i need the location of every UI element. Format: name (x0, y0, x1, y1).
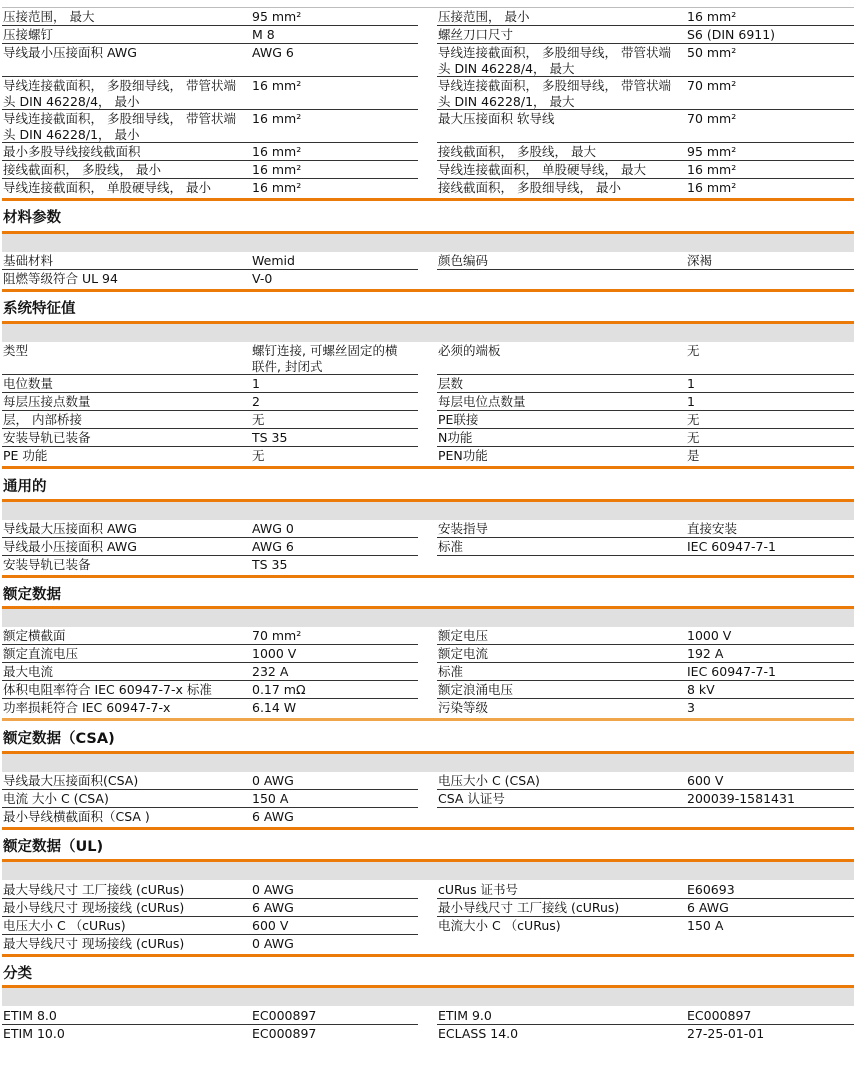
spec-value: 150 A (687, 918, 723, 934)
spec-label: 安装导轨已装备 (3, 430, 91, 446)
spec-label: PEN功能 (438, 448, 488, 464)
section-header-band (2, 324, 854, 342)
spec-value: 600 V (252, 918, 288, 934)
spec-row: 接线截面积， 多股线， 最小16 mm² (2, 161, 418, 179)
spec-value: 70 mm² (687, 78, 736, 94)
spec-label: 最小多股导线接线截面积 (3, 144, 141, 160)
spec-label: 污染等级 (438, 700, 488, 716)
section-title-classification: 分类 (3, 964, 32, 984)
spec-value: 95 mm² (252, 9, 301, 25)
spec-row: 体积电阻率符合 IEC 60947-7-x 标准0.17 mΩ (2, 681, 418, 699)
spec-row: 安装指导直接安装 (437, 520, 854, 538)
spec-row: 导线最小压接面积 AWGAWG 6 (2, 44, 418, 77)
spec-value: 0 AWG (252, 882, 294, 898)
spec-label: 电流 大小 C (CSA) (3, 791, 109, 807)
section-divider (2, 575, 854, 578)
spec-value: 16 mm² (252, 144, 301, 160)
spec-value: 16 mm² (687, 162, 736, 178)
spec-row: 最小导线尺寸 现场接线 (cURus)6 AWG (2, 899, 418, 917)
spec-label: 安装导轨已装备 (3, 557, 91, 573)
section-title-system: 系统特征值 (3, 299, 76, 319)
spec-row: 标准IEC 60947-7-1 (437, 538, 854, 556)
spec-value: S6 (DIN 6911) (687, 27, 775, 43)
spec-label: 导线连接截面积， 多股细导线， 带管状端 头 DIN 46228/1， 最大 (438, 78, 671, 110)
spec-value: 0.17 mΩ (252, 682, 306, 698)
spec-row: 导线连接截面积， 单股硬导线， 最小16 mm² (2, 179, 418, 197)
spec-value: 16 mm² (687, 9, 736, 25)
section-title-rated-csa: 额定数据（CSA) (3, 729, 115, 749)
spec-label: 颜色编码 (438, 253, 488, 269)
spec-value: 1 (252, 376, 260, 392)
section-title-general: 通用的 (3, 477, 47, 497)
spec-label: 标准 (438, 664, 463, 680)
spec-value: Wemid (252, 253, 295, 269)
spec-label: 标准 (438, 539, 463, 555)
spec-row: 电流 大小 C (CSA)150 A (2, 790, 418, 808)
spec-row: ETIM 8.0EC000897 (2, 1007, 418, 1025)
spec-label: 压接范围， 最大 (3, 9, 94, 25)
spec-row: 最大压接面积 软导线70 mm² (437, 110, 854, 143)
spec-label: 导线连接截面积， 单股硬导线， 最大 (438, 162, 646, 178)
spec-label: 接线截面积， 多股线， 最小 (3, 162, 161, 178)
spec-row: ECLASS 14.027-25-01-01 (437, 1025, 854, 1043)
spec-row: 功率损耗符合 IEC 60947-7-x6.14 W (2, 699, 418, 717)
spec-label: 额定横截面 (3, 628, 66, 644)
section-header-band (2, 502, 854, 520)
spec-label: CSA 认证号 (438, 791, 505, 807)
spec-label: 导线连接截面积， 单股硬导线， 最小 (3, 180, 211, 196)
section-divider (2, 289, 854, 292)
spec-label: 接线截面积， 多股细导线， 最小 (438, 180, 621, 196)
spec-row: 额定直流电压1000 V (2, 645, 418, 663)
spec-row: 导线连接截面积， 多股细导线， 带管状端 头 DIN 46228/1， 最大70… (437, 77, 854, 110)
spec-row: 安装导轨已装备TS 35 (2, 556, 418, 574)
spec-row: ETIM 10.0EC000897 (2, 1025, 418, 1043)
spec-label: 功率损耗符合 IEC 60947-7-x (3, 700, 170, 716)
spec-value: 无 (687, 412, 700, 428)
spec-label: 额定浪涌电压 (438, 682, 513, 698)
section-title-rated: 额定数据 (3, 585, 61, 605)
spec-value: EC000897 (252, 1026, 316, 1042)
spec-value: 16 mm² (687, 180, 736, 196)
spec-value: 1 (687, 394, 695, 410)
spec-row: 电压大小 C （cURus)600 V (2, 917, 418, 935)
spec-label: 层， 内部桥接 (3, 412, 82, 428)
spec-label: 体积电阻率符合 IEC 60947-7-x 标准 (3, 682, 212, 698)
spec-label: 层数 (438, 376, 463, 392)
spec-row: 导线连接截面积， 多股细导线， 带管状端 头 DIN 46228/1， 最小16… (2, 110, 418, 143)
spec-row: PEN功能是 (437, 447, 854, 465)
spec-label: 导线连接截面积， 多股细导线， 带管状端 头 DIN 46228/1， 最小 (3, 111, 236, 143)
spec-row: 层， 内部桥接无 (2, 411, 418, 429)
spec-label: 导线连接截面积， 多股细导线， 带管状端 头 DIN 46228/4， 最小 (3, 78, 236, 110)
spec-label: ETIM 8.0 (3, 1008, 57, 1024)
spec-row: 导线最大压接面积 AWGAWG 0 (2, 520, 418, 538)
spec-value: 1000 V (252, 646, 296, 662)
section-header-band (2, 234, 854, 252)
spec-label: 导线最小压接面积 AWG (3, 45, 137, 61)
section-divider (2, 954, 854, 957)
spec-row: 每层电位点数量1 (437, 393, 854, 411)
spec-row: 最大导线尺寸 现场接线 (cURus)0 AWG (2, 935, 418, 953)
spec-value: EC000897 (252, 1008, 316, 1024)
section-title-rated-ul: 额定数据（UL) (3, 837, 103, 857)
spec-row: cURus 证书号E60693 (437, 881, 854, 899)
spec-label: ETIM 9.0 (438, 1008, 492, 1024)
spec-label: 最小导线横截面积（CSA ) (3, 809, 150, 825)
spec-value: 6.14 W (252, 700, 296, 716)
spec-label: 最大导线尺寸 工厂接线 (cURus) (3, 882, 184, 898)
spec-label: 每层电位点数量 (438, 394, 526, 410)
spec-value: 直接安装 (687, 521, 737, 537)
spec-row: 颜色编码深褐 (437, 252, 854, 270)
spec-row: 额定浪涌电压8 kV (437, 681, 854, 699)
spec-label: 安装指导 (438, 521, 488, 537)
spec-value: 深褐 (687, 253, 712, 269)
spec-row: CSA 认证号200039-1581431 (437, 790, 854, 808)
spec-row: 阻燃等级符合 UL 94V-0 (2, 270, 418, 288)
spec-row: 压接范围， 最小16 mm² (437, 8, 854, 26)
spec-label: 最大压接面积 软导线 (438, 111, 554, 127)
spec-row: ETIM 9.0EC000897 (437, 1007, 854, 1025)
spec-value: 1 (687, 376, 695, 392)
spec-value: E60693 (687, 882, 735, 898)
section-divider (2, 466, 854, 469)
spec-value: 2 (252, 394, 260, 410)
spec-row: 基础材料Wemid (2, 252, 418, 270)
spec-label: cURus 证书号 (438, 882, 518, 898)
spec-row: 接线截面积， 多股细导线， 最小16 mm² (437, 179, 854, 197)
spec-value: IEC 60947-7-1 (687, 664, 776, 680)
spec-value: 无 (252, 412, 265, 428)
spec-label: 压接螺钉 (3, 27, 53, 43)
spec-row: 每层压接点数量2 (2, 393, 418, 411)
spec-label: 额定直流电压 (3, 646, 78, 662)
spec-label: 螺丝刀口尺寸 (438, 27, 513, 43)
spec-value: 是 (687, 448, 700, 464)
spec-row: 导线连接截面积， 多股细导线， 带管状端 头 DIN 46228/4， 最小16… (2, 77, 418, 110)
spec-value: M 8 (252, 27, 275, 43)
spec-row: 额定横截面70 mm² (2, 627, 418, 645)
spec-row: 安装导轨已装备TS 35 (2, 429, 418, 447)
spec-row: 额定电流192 A (437, 645, 854, 663)
spec-label: PE联接 (438, 412, 478, 428)
spec-value: 6 AWG (252, 809, 294, 825)
section-divider (2, 718, 854, 721)
spec-label: 基础材料 (3, 253, 53, 269)
spec-label: 电压大小 C (CSA) (438, 773, 540, 789)
spec-label: 类型 (3, 343, 28, 359)
spec-row: 标准IEC 60947-7-1 (437, 663, 854, 681)
spec-label: 导线最小压接面积 AWG (3, 539, 137, 555)
spec-label: 最小导线尺寸 现场接线 (cURus) (3, 900, 184, 916)
spec-label: 压接范围， 最小 (438, 9, 529, 25)
spec-label: 导线最大压接面积(CSA) (3, 773, 138, 789)
spec-value: 0 AWG (252, 773, 294, 789)
spec-row: 压接螺钉M 8 (2, 26, 418, 44)
spec-value: EC000897 (687, 1008, 751, 1024)
spec-value: 27-25-01-01 (687, 1026, 764, 1042)
spec-row: 导线连接截面积， 多股细导线， 带管状端 头 DIN 46228/4， 最大50… (437, 44, 854, 77)
spec-row: 最大电流232 A (2, 663, 418, 681)
spec-row: PE 功能无 (2, 447, 418, 465)
spec-value: 无 (687, 430, 700, 446)
spec-value: 150 A (252, 791, 288, 807)
spec-label: 最大电流 (3, 664, 53, 680)
spec-value: 50 mm² (687, 45, 736, 61)
section-header-band (2, 988, 854, 1006)
spec-row: N功能无 (437, 429, 854, 447)
spec-value: 0 AWG (252, 936, 294, 952)
spec-label: 接线截面积， 多股线， 最大 (438, 144, 596, 160)
spec-label: 电位数量 (3, 376, 53, 392)
spec-value: IEC 60947-7-1 (687, 539, 776, 555)
spec-label: 每层压接点数量 (3, 394, 91, 410)
spec-value: 70 mm² (252, 628, 301, 644)
spec-label: 导线最大压接面积 AWG (3, 521, 137, 537)
spec-label: 最小导线尺寸 工厂接线 (cURus) (438, 900, 619, 916)
spec-value: 无 (687, 343, 700, 359)
spec-value: 95 mm² (687, 144, 736, 160)
spec-label: N功能 (438, 430, 472, 446)
spec-row: 导线连接截面积， 单股硬导线， 最大16 mm² (437, 161, 854, 179)
spec-label: 最大导线尺寸 现场接线 (cURus) (3, 936, 184, 952)
spec-row: 导线最大压接面积(CSA)0 AWG (2, 772, 418, 790)
spec-row: 最小导线尺寸 工厂接线 (cURus)6 AWG (437, 899, 854, 917)
spec-value: 600 V (687, 773, 723, 789)
spec-value: 16 mm² (252, 180, 301, 196)
spec-value: 192 A (687, 646, 723, 662)
spec-value: 232 A (252, 664, 288, 680)
spec-value: 8 kV (687, 682, 715, 698)
spec-value: 螺钉连接, 可螺丝固定的横 联件, 封闭式 (252, 343, 397, 375)
section-divider (2, 198, 854, 201)
spec-value: 1000 V (687, 628, 731, 644)
spec-label: 电压大小 C （cURus) (3, 918, 126, 934)
spec-label: ETIM 10.0 (3, 1026, 65, 1042)
spec-value: AWG 0 (252, 521, 294, 537)
spec-value: 6 AWG (687, 900, 729, 916)
spec-row: 螺丝刀口尺寸S6 (DIN 6911) (437, 26, 854, 44)
spec-value: TS 35 (252, 430, 287, 446)
section-header-band (2, 754, 854, 772)
spec-row: 接线截面积， 多股线， 最大95 mm² (437, 143, 854, 161)
spec-value: AWG 6 (252, 45, 294, 61)
spec-value: 6 AWG (252, 900, 294, 916)
section-divider (2, 827, 854, 830)
spec-label: 额定电压 (438, 628, 488, 644)
spec-value: 200039-1581431 (687, 791, 795, 807)
spec-row: 类型螺钉连接, 可螺丝固定的横 联件, 封闭式 (2, 342, 418, 375)
spec-label: 电流大小 C （cURus) (438, 918, 561, 934)
spec-label: 导线连接截面积， 多股细导线， 带管状端 头 DIN 46228/4， 最大 (438, 45, 671, 77)
spec-row: 必须的端板无 (437, 342, 854, 375)
spec-row: 层数1 (437, 375, 854, 393)
spec-value: 无 (252, 448, 265, 464)
spec-label: 阻燃等级符合 UL 94 (3, 271, 118, 287)
spec-label: PE 功能 (3, 448, 47, 464)
spec-row: 电位数量1 (2, 375, 418, 393)
spec-value: 16 mm² (252, 78, 301, 94)
spec-label: 额定电流 (438, 646, 488, 662)
spec-value: AWG 6 (252, 539, 294, 555)
spec-row: 最小多股导线接线截面积16 mm² (2, 143, 418, 161)
section-header-band (2, 862, 854, 880)
spec-value: 70 mm² (687, 111, 736, 127)
spec-label: 必须的端板 (438, 343, 501, 359)
spec-value: 16 mm² (252, 162, 301, 178)
spec-row: 额定电压1000 V (437, 627, 854, 645)
spec-row: 电流大小 C （cURus)150 A (437, 917, 854, 935)
section-title-material: 材料参数 (3, 208, 61, 228)
spec-value: 16 mm² (252, 111, 301, 127)
spec-row: PE联接无 (437, 411, 854, 429)
section-header-band (2, 609, 854, 627)
spec-value: 3 (687, 700, 695, 716)
spec-row: 污染等级3 (437, 699, 854, 717)
spec-label: ECLASS 14.0 (438, 1026, 518, 1042)
spec-row: 最小导线横截面积（CSA )6 AWG (2, 808, 418, 826)
spec-row: 电压大小 C (CSA)600 V (437, 772, 854, 790)
spec-row: 压接范围， 最大95 mm² (2, 8, 418, 26)
spec-value: V-0 (252, 271, 272, 287)
spec-value: TS 35 (252, 557, 287, 573)
spec-row: 最大导线尺寸 工厂接线 (cURus)0 AWG (2, 881, 418, 899)
spec-row: 导线最小压接面积 AWGAWG 6 (2, 538, 418, 556)
